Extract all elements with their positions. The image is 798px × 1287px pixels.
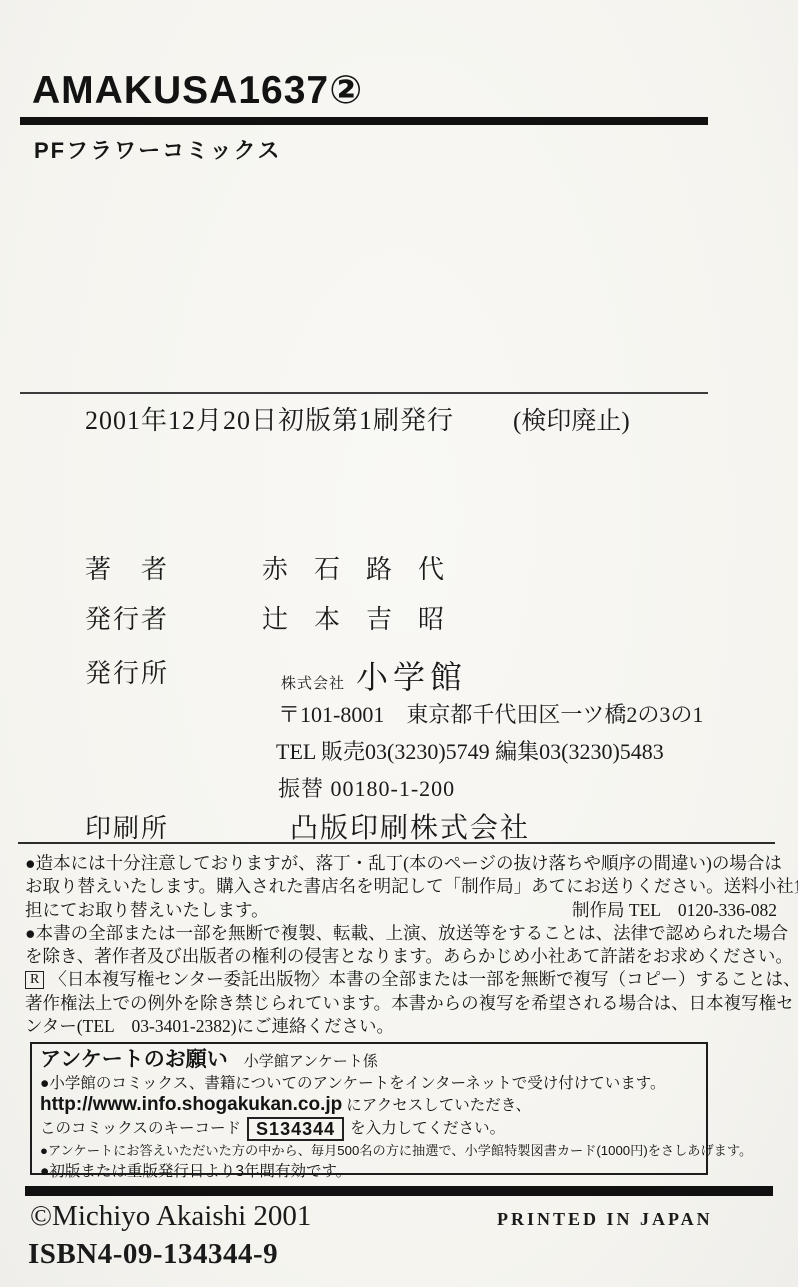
- publisher-address: 〒101-8001 東京都千代田区一ツ橋2の3の1: [278, 698, 703, 729]
- defect-notice-line: 担にてお取り替えいたします。 制作局 TEL 0120-336-082: [25, 899, 777, 922]
- reproduction-notice-line: ンター(TEL 03-3401-2382)にご連絡ください。: [25, 1015, 777, 1038]
- defect-notice-line: ●造本には十分注意しておりますが、落丁・乱丁(本のページの抜け落ちや順序の間違い…: [25, 852, 777, 875]
- edition-note: (検印廃止): [513, 401, 630, 437]
- printer-label: 印刷所: [85, 808, 169, 845]
- keycode-suffix: を入力してください。: [350, 1118, 505, 1140]
- survey-request-box: アンケートのお願い 小学館アンケート係 ●小学館のコミックス、書籍についてのアン…: [30, 1042, 708, 1175]
- copyright-line: ©Michiyo Akaishi 2001: [30, 1200, 311, 1233]
- reproduction-notice-line: R〈日本複写権センター委託出版物〉本書の全部または一部を無断で複写（コピー）する…: [25, 968, 777, 991]
- notices-divider: [18, 842, 775, 844]
- production-dept-phone: 制作局 TEL 0120-336-082: [572, 899, 777, 922]
- reproduction-notice-text: 〈日本複写権センター委託出版物〉本書の全部または一部を無断で複写（コピー）するこ…: [49, 969, 798, 989]
- registered-r-mark: R: [25, 971, 44, 989]
- survey-prize-line: ●アンケートにお答えいただいた方の中から、毎月500名の方に抽選で、小学館特製図…: [40, 1141, 698, 1161]
- publisher-postal-transfer: 振替 00180-1-200: [278, 772, 455, 803]
- publisher-person-label: 発行者: [85, 599, 169, 636]
- footer-rule: [25, 1186, 773, 1196]
- survey-title: アンケートのお願い: [40, 1048, 228, 1071]
- survey-url-line: http://www.info.shogakukan.co.jp にアクセスして…: [40, 1094, 698, 1117]
- publisher-person-name: 辻 本 吉 昭: [262, 599, 444, 636]
- survey-subtitle: 小学館アンケート係: [244, 1050, 378, 1073]
- publisher-company-prefix: 株式会社: [281, 672, 345, 693]
- survey-validity-line: ●初版または重版発行日より3年間有効です。: [40, 1161, 698, 1182]
- publisher-label: 発行所: [85, 653, 169, 690]
- survey-keycode-line: このコミックスのキーコード S134344 を入力してください。: [40, 1117, 698, 1141]
- edition-divider: [20, 392, 708, 394]
- defect-notice-line: お取り替えいたします。購入された書店名を明記して「制作局」あてにお送りください。…: [25, 875, 777, 898]
- publisher-phone: TEL 販売03(3230)5749 編集03(3230)5483: [276, 735, 664, 766]
- series-label: PFフラワーコミックス: [34, 134, 281, 165]
- survey-url-suffix: にアクセスしていただき、: [346, 1095, 531, 1117]
- colophon-page: AMAKUSA1637② PFフラワーコミックス 2001年12月20日初版第1…: [0, 0, 798, 1287]
- title-rule: [20, 117, 708, 125]
- legal-notices: ●造本には十分注意しておりますが、落丁・乱丁(本のページの抜け落ちや順序の間違い…: [25, 852, 777, 1038]
- keycode-prefix: このコミックスのキーコード: [40, 1118, 241, 1140]
- author-name: 赤 石 路 代: [262, 549, 444, 586]
- edition-date: 2001年12月20日初版第1刷発行: [85, 400, 454, 437]
- survey-heading: アンケートのお願い 小学館アンケート係: [40, 1048, 698, 1073]
- survey-url: http://www.info.shogakukan.co.jp: [40, 1094, 342, 1116]
- book-title: AMAKUSA1637②: [32, 68, 363, 113]
- copyright-notice-line: ●本書の全部または一部を無断で複製、転載、上演、放送等をすることは、法律で認めら…: [25, 922, 777, 945]
- printer-name: 凸版印刷株式会社: [290, 806, 530, 846]
- isbn-number: ISBN4-09-134344-9: [28, 1238, 278, 1271]
- printed-in-japan: PRINTED IN JAPAN: [497, 1209, 713, 1230]
- reproduction-notice-line: 著作権法上での例外を除き禁じられています。本書からの複写を希望される場合は、日本…: [25, 992, 777, 1015]
- publisher-company-name: 小学館: [356, 652, 467, 698]
- defect-notice-text: 担にてお取り替えいたします。: [25, 899, 269, 922]
- author-label: 著 者: [85, 549, 169, 586]
- keycode-value: S134344: [247, 1117, 344, 1141]
- copyright-notice-line: を除き、著作者及び出版者の権利の侵害となります。あらかじめ小社あて許諾をお求めく…: [25, 945, 777, 968]
- survey-intro-line: ●小学館のコミックス、書籍についてのアンケートをインターネットで受け付けています…: [40, 1073, 698, 1094]
